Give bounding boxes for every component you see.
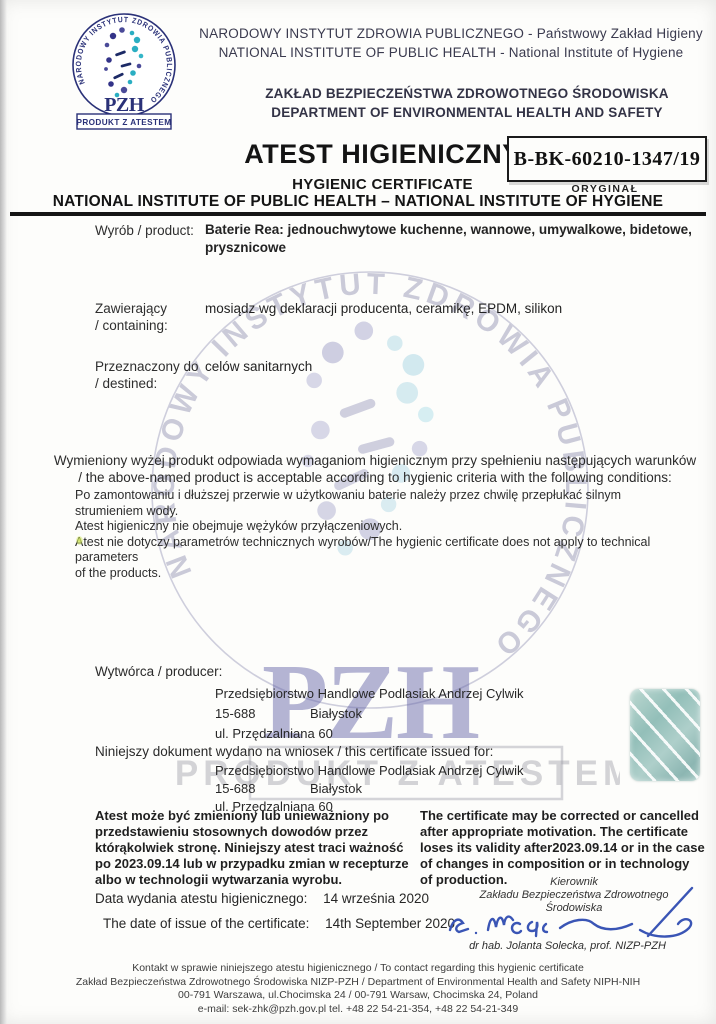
destined-value: celów sanitarnych (205, 358, 312, 376)
org-name-en: NATIONAL INSTITUTE OF PUBLIC HEALTH - Na… (195, 43, 707, 62)
certificate-number: B-BK-60210-1347/19 (514, 148, 701, 170)
producer-street: ul. Przędzalniana 60 (215, 726, 333, 741)
title-rule (10, 212, 706, 216)
org-names: NARODOWY INSTYTUT ZDROWIA PUBLICZNEGO - … (195, 24, 707, 62)
producer-city: Białystok (310, 706, 362, 721)
certificate-page: NARODOWY INSTYTUT ZDROWIA PUBLICZNEGO PZ… (0, 0, 716, 1024)
footer-line: Kontakt w sprawie niniejszego atestu hig… (30, 962, 686, 976)
validity-pl-line: przedstawieniu stosownych dowodów przez (95, 824, 435, 840)
issue-date-en: The date of issue of the certificate: 14… (103, 916, 455, 931)
condition-line: Atest nie dotyczy parametrów technicznyc… (75, 535, 687, 566)
issue-date-pl: Data wydania atestu higienicznego: 14 wr… (95, 891, 429, 906)
org-name-pl: NARODOWY INSTYTUT ZDROWIA PUBLICZNEGO - … (195, 24, 707, 43)
validity-en-line: The certificate may be corrected or canc… (420, 808, 716, 824)
validity-en-line: after appropriate motivation. The certif… (420, 824, 716, 840)
issue-date-pl-label: Data wydania atestu higienicznego: (95, 891, 307, 906)
validity-pl-line: Atest może być zmieniony lub unieważnion… (95, 808, 435, 824)
pzh-logo: NARODOWY INSTYTUT ZDROWIA PUBLICZNEGO PZ… (62, 10, 186, 132)
signer-name: dr hab. Jolanta Solecka, prof. NIZP-PZH (420, 940, 715, 952)
signature-handwriting (440, 884, 710, 944)
issue-date-en-value: 14th September 2020 (325, 916, 455, 931)
producer-postal: 15-688 (215, 706, 255, 721)
institute-line: NATIONAL INSTITUTE OF PUBLIC HEALTH – NA… (10, 193, 706, 211)
issue-date-en-label: The date of issue of the certificate: (103, 916, 309, 931)
condition-line: Po zamontowaniu i dłuższej przerwie w uż… (75, 488, 687, 519)
product-value: Baterie Rea: jednouchwytowe kuchenne, wa… (205, 221, 705, 257)
containing-label-en: / containing: (95, 317, 168, 334)
dept-name-pl: ZAKŁAD BEZPIECZEŃSTWA ZDROWOTNEGO ŚRODOW… (228, 84, 706, 103)
footer-line: Zakład Bezpieczeństwa Zdrowotnego Środow… (30, 976, 686, 990)
product-value-line: Baterie Rea: jednouchwytowe kuchenne, wa… (205, 221, 705, 239)
scan-speck (76, 536, 83, 545)
condition-line: of the products. (75, 566, 687, 582)
validity-pl-line: którąkolwiek stronę. Niniejszy atest tra… (95, 840, 435, 856)
logo-banner: PRODUKT Z ATESTEM (76, 118, 171, 127)
validity-pl-line: albo w technologii wytwarzania wyrobu. (95, 872, 435, 888)
producer-label: Wytwórca / producer: (95, 664, 222, 679)
conditions-intro-en: / the above-named product is acceptable … (38, 469, 712, 486)
issued-for-postal: 15-688 (215, 781, 255, 796)
condition-line: Atest higieniczny nie obejmuje wężyków p… (75, 519, 687, 535)
footer-line: 00-791 Warszawa, ul.Chocimska 24 / 00-79… (30, 989, 686, 1003)
product-value-line: prysznicowe (205, 239, 705, 257)
footer-contact: Kontakt w sprawie niniejszego atestu hig… (30, 962, 686, 1016)
conditions-intro: Wymieniony wyżej produkt odpowiada wymag… (38, 452, 712, 486)
destined-label-en: / destined: (95, 375, 199, 392)
containing-label-pl: Zawierający (95, 300, 168, 317)
dept-names: ZAKŁAD BEZPIECZEŃSTWA ZDROWOTNEGO ŚRODOW… (228, 84, 706, 122)
validity-note-pl: Atest może być zmieniony lub unieważnion… (95, 808, 435, 888)
issued-for-label: Niniejszy dokument wydano na wniosek / t… (95, 744, 493, 759)
footer-line: e-mail: sek-zhk@pzh.gov.pl tel. +48 22 5… (30, 1003, 686, 1017)
containing-value: mosiądz wg deklaracji producenta, cerami… (205, 300, 705, 318)
validity-pl-line: po 2023.09.14 lub w przypadku zmian w re… (95, 856, 435, 872)
hologram-sticker (630, 689, 700, 781)
scan-edge-left (0, 0, 7, 1024)
destined-label-pl: Przeznaczony do (95, 358, 199, 375)
conditions-lines: Po zamontowaniu i dłuższej przerwie w uż… (75, 488, 687, 581)
conditions-intro-pl: Wymieniony wyżej produkt odpowiada wymag… (38, 452, 712, 469)
destined-label: Przeznaczony do / destined: (95, 358, 199, 392)
issue-date-pl-value: 14 września 2020 (323, 891, 429, 906)
validity-en-line: of changes in composition or in technolo… (420, 856, 716, 872)
dept-name-en: DEPARTMENT OF ENVIRONMENTAL HEALTH AND S… (228, 103, 706, 122)
issued-for-name: Przedsiębiorstwo Handlowe Podlasiak Andr… (215, 763, 524, 778)
validity-en-line: loses its validity after2023.09.14 or in… (420, 840, 716, 856)
certificate-subtitle-en: HYGIENIC CERTIFICATE (95, 176, 670, 193)
product-label: Wyrób / product: (95, 222, 194, 239)
logo-monogram: PZH (104, 94, 145, 116)
containing-label: Zawierający / containing: (95, 300, 168, 334)
issued-for-city: Białystok (310, 781, 362, 796)
producer-name: Przedsiębiorstwo Handlowe Podlasiak Andr… (215, 686, 524, 701)
